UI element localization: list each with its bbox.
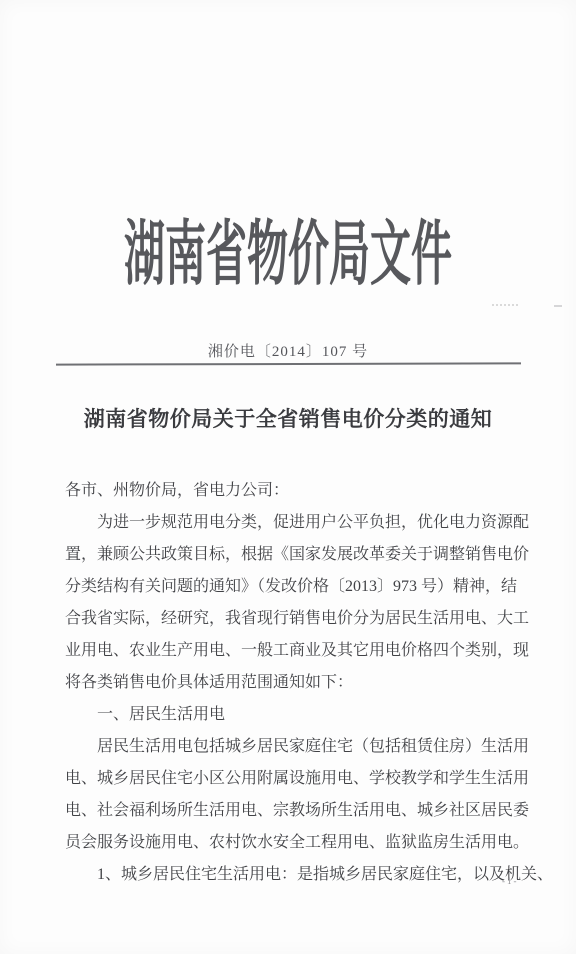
body-line: 业用电、农业生产用电、一般工商业及其它用电价格四个类别，现 [65,635,531,667]
header-divider-line [56,362,521,365]
document-number: 湘价电〔2014〕107 号 [0,342,576,362]
body-line: 合我省实际，经研究，我省现行销售电价分为居民生活用电、大工 [65,603,531,635]
body-line: 将各类销售电价具体适用范围通知如下： [65,667,531,699]
body-line: 为进一步规范用电分类，促进用户公平负担，优化电力资源配 [65,507,531,539]
body-line: 居民生活用电包括城乡居民家庭住宅（包括租赁住房）生活用 [65,731,531,763]
body-line: 员会服务设施用电、农村饮水安全工程用电、监狱监房生活用电。 [65,827,531,859]
body-line: 各市、州物价局，省电力公司： [65,475,531,507]
body-line: 电、社会福利场所生活用电、宗教场所生活用电、城乡社区居民委 [65,795,531,827]
document-body: 各市、州物价局，省电力公司：为进一步规范用电分类，促进用户公平负担，优化电力资源… [65,475,531,891]
scan-artifact-mark [492,304,518,306]
scanned-document-page: 湖南省物价局文件 湘价电〔2014〕107 号 湖南省物价局关于全省销售电价分类… [0,0,576,954]
page-number: -1- [502,876,519,886]
scan-artifact-mark [554,305,562,307]
body-line: 电、城乡居民住宅小区公用附属设施用电、学校教学和学生生活用 [65,763,531,795]
body-line: 分类结构有关问题的通知》（发改价格〔2013〕973 号）精神，结 [65,571,531,603]
document-subject-title: 湖南省物价局关于全省销售电价分类的通知 [0,406,576,434]
body-line: 置，兼顾公共政策目标，根据《国家发展改革委关于调整销售电价 [65,539,531,571]
agency-header-title: 湖南省物价局文件 [0,204,576,304]
body-line: 1、城乡居民住宅生活用电：是指城乡居民家庭住宅，以及机关、 [65,859,531,891]
body-line: 一、居民生活用电 [65,699,531,731]
